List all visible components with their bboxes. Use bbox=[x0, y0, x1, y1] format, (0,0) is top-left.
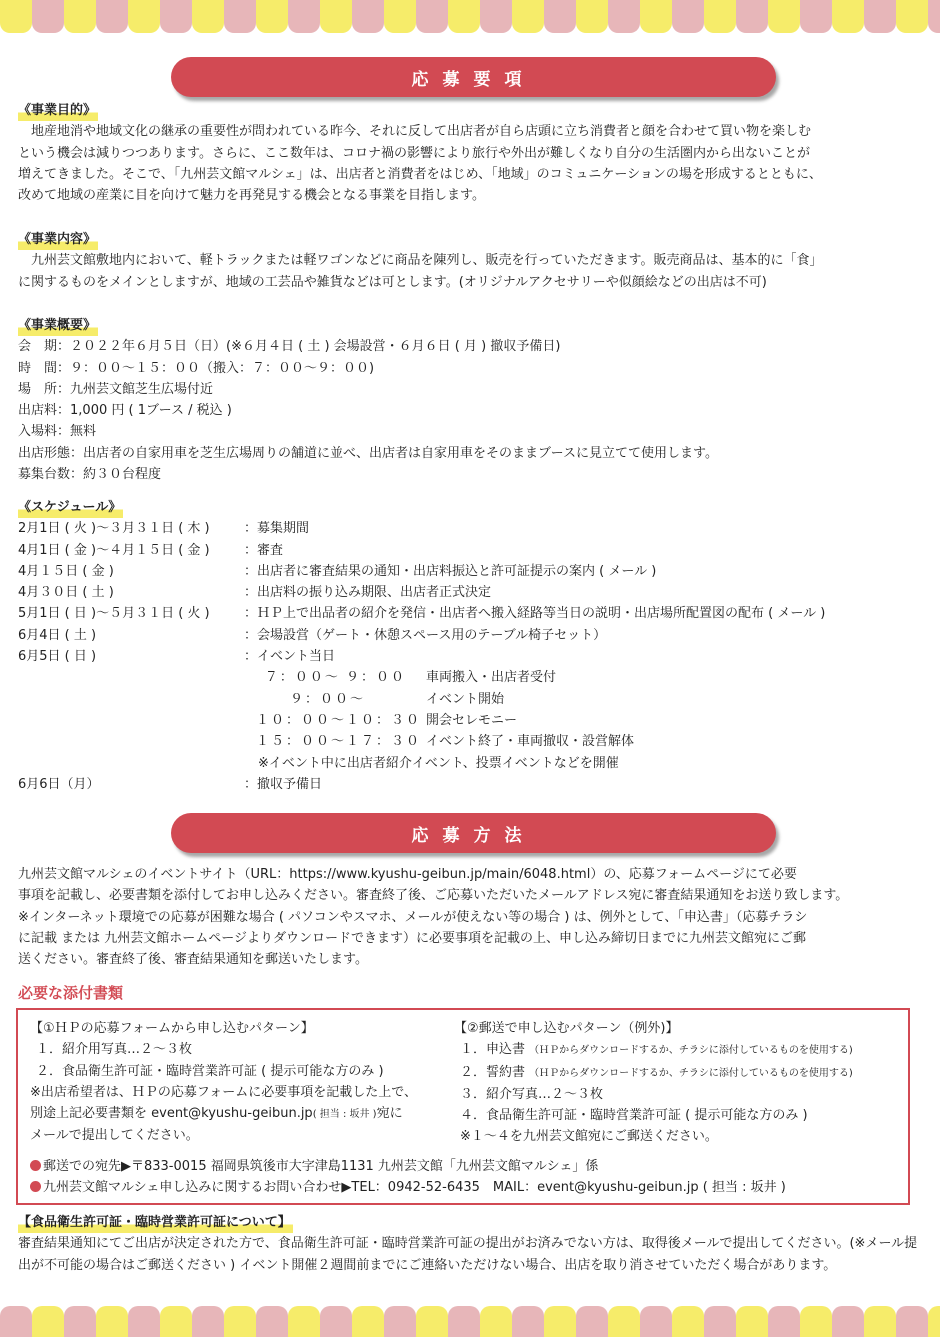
section-content: 《事業内容》 九州芸文館敷地内において、軽トラックまたは軽ワゴンなどに商品を陳列… bbox=[18, 229, 923, 293]
scallop-tooth bbox=[928, 1306, 940, 1337]
contact-line: 九州芸文館マルシェ申し込みに関するお問い合わせ▶TEL：0942-52-6435… bbox=[30, 1177, 786, 1198]
event-timeline-row: １０：００〜１０：３０開会セレモニー bbox=[18, 710, 923, 731]
event-desc: イベント終了・車両撤収・設営解体 bbox=[426, 731, 923, 752]
scallop-tooth bbox=[448, 0, 480, 33]
schedule-row: 6月4日 ( 土 )：会場設営（ゲート・休憩スペース用のテーブル椅子セット） bbox=[18, 625, 923, 646]
scallop-tooth bbox=[384, 0, 416, 33]
scallop-tooth bbox=[128, 0, 160, 33]
doc-item: ２．誓約書 （ＨＰからダウンロードするか、チラシに添付しているものを使用する) bbox=[454, 1062, 853, 1084]
scallop-tooth bbox=[416, 1306, 448, 1337]
overview-row: 募集台数：約３０台程度 bbox=[18, 464, 923, 485]
red-bullet-icon bbox=[30, 1181, 41, 1192]
scallop-tooth bbox=[288, 1306, 320, 1337]
contact-info: 郵送での宛先▶〒833-0015 福岡県筑後市大字津島1131 九州芸文館「九州… bbox=[30, 1156, 786, 1199]
schedule-row: 6月5日 ( 日 )：イベント当日 bbox=[18, 646, 923, 667]
overview-value: ９：００〜１５：００（搬入：７：００〜９：００) bbox=[70, 361, 374, 376]
event-desc: イベント開始 bbox=[426, 689, 923, 710]
scallop-tooth bbox=[896, 0, 928, 33]
scallop-tooth bbox=[352, 0, 384, 33]
section-schedule: 《スケジュール》 2月1日 ( 火 )〜３月３１日 ( 木 )：募集期間 4月1… bbox=[18, 497, 923, 795]
scallop-tooth bbox=[416, 0, 448, 33]
pattern-title: 【②郵送で申し込むパターン（例外)】 bbox=[454, 1018, 853, 1039]
banner-requirements: 応募要項 bbox=[171, 57, 776, 97]
pattern-web-column: 【①ＨＰの応募フォームから申し込むパターン】 １．紹介用写真…２〜３枚 ２．食品… bbox=[30, 1018, 417, 1147]
schedule-date: 4月1日 ( 金 )〜４月１５日 ( 金 ) bbox=[18, 540, 244, 561]
scallop-tooth bbox=[32, 1306, 64, 1337]
scallop-tooth bbox=[256, 1306, 288, 1337]
pattern-note: ※１〜４を九州芸文館宛にご郵送ください。 bbox=[454, 1126, 853, 1147]
overview-row: 出店料：1,000 円 ( 1ブース / 税込 ) bbox=[18, 400, 923, 421]
overview-label: 会 期 bbox=[18, 339, 57, 354]
schedule-row: 4月３０日 ( 土 )：出店料の振り込み期限、出店者正式決定 bbox=[18, 582, 923, 603]
section-heading: 《事業概要》 bbox=[18, 315, 98, 336]
schedule-desc: ：審査 bbox=[244, 540, 923, 561]
scallop-tooth bbox=[192, 0, 224, 33]
event-timeline-row: １５：００〜１７：３０イベント終了・車両撤収・設営解体 bbox=[18, 731, 923, 752]
scallop-tooth bbox=[896, 1306, 928, 1337]
section-method: 九州芸文館マルシェのイベントサイト（URL：https://www.kyushu… bbox=[18, 864, 923, 970]
overview-label: 出店形態 bbox=[18, 446, 70, 461]
scallop-tooth bbox=[768, 1306, 800, 1337]
section-overview: 《事業概要》 会 期：２０２２年６月５日（日）(※６月４日 ( 土 ) 会場設営… bbox=[18, 315, 923, 485]
scallop-tooth bbox=[288, 0, 320, 33]
scallop-tooth bbox=[640, 1306, 672, 1337]
paragraph-line: 地産地消や地域文化の継承の重要性が問われている昨今、それに反して出店者が自ら店頭… bbox=[18, 121, 923, 142]
paragraph-line: 増えてきました。そこで、「九州芸文館マルシェ」は、出店者と消費者をはじめ、「地域… bbox=[18, 164, 923, 185]
scallop-tooth bbox=[800, 0, 832, 33]
scallop-tooth bbox=[160, 1306, 192, 1337]
schedule-desc: ：出店料の振り込み期限、出店者正式決定 bbox=[244, 582, 923, 603]
schedule-row: 6月6日（月）：撤収予備日 bbox=[18, 774, 923, 795]
scallop-tooth bbox=[512, 0, 544, 33]
red-bullet-icon bbox=[30, 1160, 41, 1171]
paragraph-line: 送ください。審査終了後、審査結果通知を郵送いたします。 bbox=[18, 949, 923, 970]
doc-item: １．紹介用写真…２〜３枚 bbox=[30, 1039, 417, 1060]
doc-item: ４．食品衛生許可証・臨時営業許可証 ( 提示可能な方のみ ) bbox=[454, 1105, 853, 1126]
schedule-desc: ：撤収予備日 bbox=[244, 774, 923, 795]
event-desc: 開会セレモニー bbox=[426, 710, 923, 731]
section-heading: 《事業目的》 bbox=[18, 100, 98, 121]
pattern-note: メールで提出してください。 bbox=[30, 1125, 417, 1146]
scallop-tooth bbox=[320, 0, 352, 33]
section-heading: 《スケジュール》 bbox=[18, 497, 123, 518]
scallop-tooth bbox=[224, 0, 256, 33]
overview-label: 入場料 bbox=[18, 424, 57, 439]
scallop-tooth bbox=[320, 1306, 352, 1337]
banner-method: 応募方法 bbox=[171, 813, 776, 853]
schedule-row: 2月1日 ( 火 )〜３月３１日 ( 木 )：募集期間 bbox=[18, 518, 923, 539]
overview-value: 1,000 円 ( 1ブース / 税込 ) bbox=[70, 403, 232, 418]
top-scallop-border bbox=[0, 0, 940, 36]
required-docs-heading: 必要な添付書類 bbox=[18, 982, 123, 1003]
scallop-tooth bbox=[480, 1306, 512, 1337]
scallop-tooth bbox=[768, 0, 800, 33]
schedule-date: 5月1日 ( 日 )〜５月３１日 ( 火 ) bbox=[18, 603, 244, 624]
scallop-tooth bbox=[0, 0, 32, 33]
scallop-tooth bbox=[832, 1306, 864, 1337]
schedule-desc: ：出店者に審査結果の通知・出店料振込と許可証提示の案内 ( メール ) bbox=[244, 561, 923, 582]
event-time: １５：００〜１７：３０ bbox=[256, 731, 426, 752]
overview-row: 時 間：９：００〜１５：００（搬入：７：００〜９：００) bbox=[18, 358, 923, 379]
paragraph: 審査結果通知にてご出店が決定された方で、食品衛生許可証・臨時営業許可証の提出がお… bbox=[18, 1233, 923, 1276]
scallop-tooth bbox=[800, 1306, 832, 1337]
section-purpose: 《事業目的》 地産地消や地域文化の継承の重要性が問われている昨今、それに反して出… bbox=[18, 100, 923, 206]
scallop-tooth bbox=[96, 1306, 128, 1337]
required-docs-box: 【①ＨＰの応募フォームから申し込むパターン】 １．紹介用写真…２〜３枚 ２．食品… bbox=[16, 1008, 910, 1205]
schedule-date: 4月１５日 ( 金 ) bbox=[18, 561, 244, 582]
contact-line: 郵送での宛先▶〒833-0015 福岡県筑後市大字津島1131 九州芸文館「九州… bbox=[30, 1156, 786, 1177]
scallop-tooth bbox=[64, 0, 96, 33]
event-timeline-row: ７：００〜 ９：００車両搬入・出店者受付 bbox=[18, 667, 923, 688]
paragraph-line: ※インターネット環境での応募が困難な場合 ( パソコンやスマホ、メールが使えない… bbox=[18, 907, 923, 928]
overview-row: 会 期：２０２２年６月５日（日）(※６月４日 ( 土 ) 会場設営・６月６日 (… bbox=[18, 336, 923, 357]
scallop-tooth bbox=[704, 0, 736, 33]
section-heading: 【食品衛生許可証・臨時営業許可証について】 bbox=[18, 1212, 293, 1233]
scallop-tooth bbox=[448, 1306, 480, 1337]
scallop-tooth bbox=[160, 0, 192, 33]
event-time: ７：００〜 ９：００ bbox=[256, 667, 426, 688]
doc-item: ２．食品衛生許可証・臨時営業許可証 ( 提示可能な方のみ ) bbox=[30, 1061, 417, 1082]
overview-label: 場 所 bbox=[18, 382, 57, 397]
scallop-tooth bbox=[544, 0, 576, 33]
schedule-desc: ：会場設営（ゲート・休憩スペース用のテーブル椅子セット） bbox=[244, 625, 923, 646]
scallop-tooth bbox=[928, 0, 940, 33]
overview-value: 無料 bbox=[70, 424, 96, 439]
event-timeline-row: ９：００〜 イベント開始 bbox=[18, 689, 923, 710]
overview-value: 約３０台程度 bbox=[83, 467, 161, 482]
overview-value: 出店者の自家用車を芝生広場周りの舗道に並べ、出店者は自家用車をそのままブースに見… bbox=[83, 446, 718, 461]
overview-label: 募集台数 bbox=[18, 467, 70, 482]
scallop-tooth bbox=[832, 0, 864, 33]
scallop-tooth bbox=[736, 0, 768, 33]
schedule-date: 6月6日（月） bbox=[18, 774, 244, 795]
overview-label: 時 間 bbox=[18, 361, 57, 376]
schedule-row: 4月1日 ( 金 )〜４月１５日 ( 金 )：審査 bbox=[18, 540, 923, 561]
overview-value: ２０２２年６月５日（日）(※６月４日 ( 土 ) 会場設営・６月６日 ( 月 )… bbox=[70, 339, 560, 354]
event-time: ９：００〜 bbox=[256, 689, 426, 710]
paragraph-line: に記載 または 九州芸文館ホームページよりダウンロードできます）に必要事項を記載… bbox=[18, 928, 923, 949]
scallop-tooth bbox=[576, 1306, 608, 1337]
overview-row: 出店形態：出店者の自家用車を芝生広場周りの舗道に並べ、出店者は自家用車をそのまま… bbox=[18, 443, 923, 464]
overview-row: 入場料：無料 bbox=[18, 421, 923, 442]
pattern-title: 【①ＨＰの応募フォームから申し込むパターン】 bbox=[30, 1018, 417, 1039]
schedule-date: 6月4日 ( 土 ) bbox=[18, 625, 244, 646]
scallop-tooth bbox=[96, 0, 128, 33]
scallop-tooth bbox=[672, 0, 704, 33]
paragraph-line: 九州芸文館敷地内において、軽トラックまたは軽ワゴンなどに商品を陳列し、販売を行っ… bbox=[18, 250, 923, 271]
event-time: １０：００〜１０：３０ bbox=[256, 710, 426, 731]
overview-row: 場 所：九州芸文館芝生広場付近 bbox=[18, 379, 923, 400]
scallop-tooth bbox=[864, 1306, 896, 1337]
pattern-note: 別途上記必要書類を event@kyushu-geibun.jp( 担当 : 坂… bbox=[30, 1103, 417, 1125]
scallop-tooth bbox=[672, 1306, 704, 1337]
scallop-tooth bbox=[224, 1306, 256, 1337]
scallop-tooth bbox=[352, 1306, 384, 1337]
paragraph-line: という機会は減りつつあります。さらに、ここ数年は、コロナ禍の影響により旅行や外出… bbox=[18, 143, 923, 164]
pattern-mail-column: 【②郵送で申し込むパターン（例外)】 １．申込書 （ＨＰからダウンロードするか、… bbox=[454, 1018, 853, 1148]
scallop-tooth bbox=[192, 1306, 224, 1337]
schedule-desc: ：イベント当日 bbox=[244, 646, 923, 667]
paragraph-line: 事項を記載し、必要書類を添付してお申し込みください。審査終了後、ご応募いただいた… bbox=[18, 885, 923, 906]
scallop-tooth bbox=[384, 1306, 416, 1337]
section-heading: 《事業内容》 bbox=[18, 229, 98, 250]
scallop-tooth bbox=[128, 1306, 160, 1337]
scallop-tooth bbox=[640, 0, 672, 33]
doc-item: １．申込書 （ＨＰからダウンロードするか、チラシに添付しているものを使用する) bbox=[454, 1039, 853, 1061]
doc-item: ３．紹介写真…２〜３枚 bbox=[454, 1084, 853, 1105]
scallop-tooth bbox=[704, 1306, 736, 1337]
scallop-tooth bbox=[64, 1306, 96, 1337]
paragraph-line: 九州芸文館マルシェのイベントサイト（URL：https://www.kyushu… bbox=[18, 864, 923, 885]
scallop-tooth bbox=[480, 0, 512, 33]
bottom-scallop-border bbox=[0, 1302, 940, 1337]
section-food-permit: 【食品衛生許可証・臨時営業許可証について】 審査結果通知にてご出店が決定された方… bbox=[18, 1212, 923, 1276]
pattern-note: ※出店希望者は、ＨＰの応募フォームに必要事項を記載した上で、 bbox=[30, 1082, 417, 1103]
overview-value: 九州芸文館芝生広場付近 bbox=[70, 382, 213, 397]
scallop-tooth bbox=[544, 1306, 576, 1337]
event-note: ※イベント中に出店者紹介イベント、投票イベントなどを開催 bbox=[18, 753, 923, 774]
scallop-tooth bbox=[576, 0, 608, 33]
schedule-desc: ：ＨＰ上で出品者の紹介を発信・出店者へ搬入経路等当日の説明・出店場所配置図の配布… bbox=[244, 603, 923, 624]
scallop-tooth bbox=[32, 0, 64, 33]
scallop-tooth bbox=[608, 1306, 640, 1337]
schedule-date: 2月1日 ( 火 )〜３月３１日 ( 木 ) bbox=[18, 518, 244, 539]
scallop-tooth bbox=[608, 0, 640, 33]
scallop-tooth bbox=[512, 1306, 544, 1337]
event-desc: 車両搬入・出店者受付 bbox=[426, 667, 923, 688]
scallop-tooth bbox=[256, 0, 288, 33]
schedule-row: 5月1日 ( 日 )〜５月３１日 ( 火 )：ＨＰ上で出品者の紹介を発信・出店者… bbox=[18, 603, 923, 624]
scallop-tooth bbox=[736, 1306, 768, 1337]
schedule-date: 6月5日 ( 日 ) bbox=[18, 646, 244, 667]
paragraph-line: 改めて地域の産業に目を向けて魅力を再発見する機会となる事業を目指します。 bbox=[18, 185, 923, 206]
paragraph-line: に関するものをメインとしますが、地域の工芸品や雑貨などは可とします。(オリジナル… bbox=[18, 272, 923, 293]
schedule-row: 4月１５日 ( 金 )：出店者に審査結果の通知・出店料振込と許可証提示の案内 (… bbox=[18, 561, 923, 582]
scallop-tooth bbox=[864, 0, 896, 33]
schedule-date: 4月３０日 ( 土 ) bbox=[18, 582, 244, 603]
scallop-tooth bbox=[0, 1306, 32, 1337]
overview-label: 出店料 bbox=[18, 403, 57, 418]
schedule-desc: ：募集期間 bbox=[244, 518, 923, 539]
